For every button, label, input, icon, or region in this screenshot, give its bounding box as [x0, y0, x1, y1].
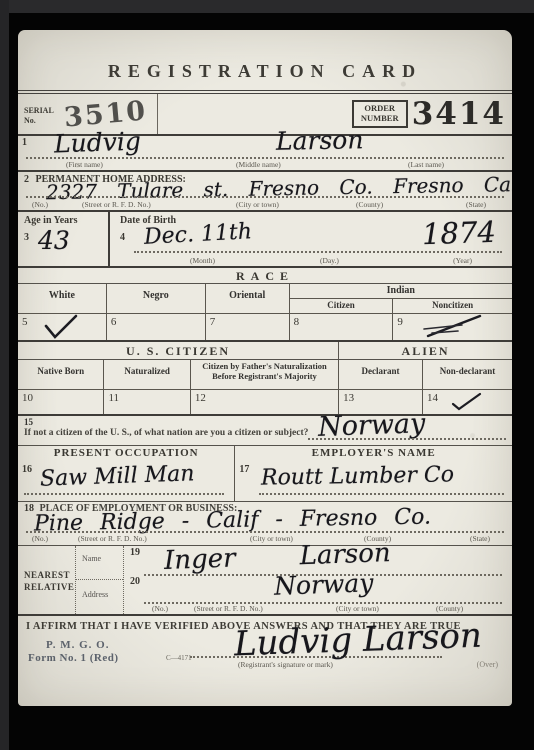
- employer-cell: 17 Routt Lumber Co: [235, 462, 512, 501]
- noncitizen-strike-icon: [418, 314, 488, 340]
- middle-name-label: (Middle name): [236, 160, 281, 169]
- relative-name-label: Name: [76, 546, 123, 580]
- citizen-box-10: 10: [18, 389, 104, 414]
- dob-month-label: (Month): [190, 256, 215, 265]
- relative-street-label: (Street or R. F. D. No.): [194, 604, 263, 613]
- name-baseline: [26, 157, 504, 159]
- line-number-17: 17: [239, 464, 249, 475]
- address-street-label: (Street or R. F. D. No.): [82, 200, 151, 209]
- address-baseline: [26, 196, 504, 198]
- name-row: 1 Ludvig Larson (First name) (Middle nam…: [18, 136, 512, 172]
- print-code: C—4171: [166, 654, 192, 662]
- relative-values: 19 Inger Larson 20 Norway (No.) (Street …: [124, 546, 512, 614]
- place-state-label: (State): [470, 534, 490, 543]
- place-baseline: [26, 531, 504, 533]
- col-non-declarant: Non-declarant: [423, 360, 512, 389]
- relative-county-label: (County): [436, 604, 463, 613]
- scan-frame-top: [0, 0, 534, 13]
- employer-handwriting: Routt Lumber Co: [261, 462, 454, 490]
- age-cell: Age in Years 3 43: [18, 212, 110, 266]
- line-number-3: 3: [24, 232, 29, 243]
- employer-baseline: [259, 493, 504, 495]
- white-checkmark-icon: [42, 314, 82, 340]
- citizen-box-12: 12: [191, 389, 339, 414]
- first-name-label: (First name): [66, 160, 103, 169]
- race-box-8: 8: [290, 313, 394, 340]
- dob-month-day-handwriting: Dec. 11th: [143, 219, 252, 250]
- nearest-relative-block: NEAREST RELATIVE Name Address 19 Inger L…: [18, 546, 512, 616]
- race-section-title: RACE: [18, 268, 512, 284]
- line-number-2: 2: [24, 174, 29, 185]
- dob-day-label: (Day.): [320, 256, 339, 265]
- col-naturalized: Naturalized: [104, 360, 190, 389]
- dob-cell: Date of Birth 4 Dec. 11th 1874 (Month) (…: [110, 212, 512, 266]
- race-col-indian-citizen: Citizen: [290, 299, 394, 313]
- card-header: REGISTRATION CARD: [18, 30, 512, 94]
- address-county-label: (County): [356, 200, 383, 209]
- relative-sublabels: Name Address: [76, 546, 124, 614]
- race-col-oriental: Oriental: [206, 284, 290, 313]
- dob-year-label: (Year): [453, 256, 472, 265]
- line-number-18: 18: [24, 503, 34, 514]
- occupation-employer-values: 16 Saw Mill Man 17 Routt Lumber Co: [18, 462, 512, 502]
- citizenship-header: U. S. CITIZEN ALIEN: [18, 342, 512, 360]
- address-state-label: (State): [466, 200, 486, 209]
- employer-header: EMPLOYER'S NAME: [235, 446, 512, 462]
- dob-baseline: [134, 251, 502, 253]
- nearest-relative-header: NEAREST RELATIVE: [18, 546, 76, 614]
- first-name-handwriting: Ludvig: [54, 126, 142, 158]
- col-declarant: Declarant: [339, 360, 423, 389]
- serial-number-label: SERIAL No.: [18, 103, 62, 125]
- citizen-box-11: 11: [104, 389, 190, 414]
- citizenship-table: Native Born Naturalized Citizen by Fathe…: [18, 360, 512, 416]
- registration-card: REGISTRATION CARD SERIAL No. 3510 ORDER …: [18, 30, 512, 706]
- line-number-19: 19: [130, 547, 140, 558]
- col-native-born: Native Born: [18, 360, 104, 389]
- occupation-employer-header: PRESENT OCCUPATION EMPLOYER'S NAME: [18, 446, 512, 462]
- race-box-6: 6: [107, 313, 206, 340]
- nation-question-label: If not a citizen of the U. S., of what n…: [24, 428, 308, 438]
- address-city-label: (City or town): [236, 200, 279, 209]
- nation-baseline: [308, 438, 506, 440]
- occupation-baseline: [24, 493, 224, 495]
- address-row: 2 PERMANENT HOME ADDRESS: 2327 Tulare st…: [18, 172, 512, 212]
- address-no-label: (No.): [32, 200, 48, 209]
- age-handwriting: 43: [38, 226, 70, 255]
- race-table: White Negro Oriental Indian Citizen Nonc…: [18, 284, 512, 342]
- scan-frame-left: [0, 0, 9, 750]
- line-number-15: 15: [24, 417, 33, 427]
- race-box-9: 9: [393, 313, 512, 340]
- last-name-handwriting: Larson: [276, 125, 364, 156]
- age-dob-row: Age in Years 3 43 Date of Birth 4 Dec. 1…: [18, 212, 512, 268]
- occupation-handwriting: Saw Mill Man: [40, 461, 195, 491]
- alien-header: ALIEN: [339, 342, 512, 359]
- race-box-7: 7: [206, 313, 290, 340]
- line-number-16: 16: [22, 464, 32, 475]
- pmgo-label: P. M. G. O.: [46, 639, 109, 651]
- race-box-5: 5: [18, 313, 107, 340]
- place-no-label: (No.): [32, 534, 48, 543]
- col-father-naturalization: Citizen by Father's Naturalization Befor…: [191, 360, 339, 389]
- race-col-indian: Indian: [290, 284, 512, 299]
- registrant-signature-handwriting: Ludvig Larson: [233, 616, 482, 665]
- relative-address-handwriting: Norway: [274, 568, 374, 600]
- over-label: (Over): [477, 660, 498, 669]
- place-street-label: (Street or R. F. D. No.): [78, 534, 147, 543]
- place-of-employment-row: 18 PLACE OF EMPLOYMENT OR BUSINESS: Pine…: [18, 502, 512, 546]
- order-number-value: 3414: [412, 96, 506, 132]
- citizen-box-14: 14: [423, 389, 512, 414]
- line-number-20: 20: [130, 576, 140, 587]
- card-title: REGISTRATION CARD: [18, 30, 512, 82]
- nation-question-row: 15 If not a citizen of the U. S., of wha…: [18, 416, 512, 446]
- line-number-4: 4: [120, 232, 125, 243]
- relative-address-label: Address: [76, 580, 123, 614]
- line-number-1: 1: [22, 137, 27, 148]
- last-name-label: (Last name): [408, 160, 444, 169]
- non-declarant-checkmark-icon: [450, 392, 484, 412]
- relative-no-label: (No.): [152, 604, 168, 613]
- age-label: Age in Years: [24, 215, 108, 226]
- occupation-header: PRESENT OCCUPATION: [18, 446, 235, 462]
- race-col-white: White: [18, 284, 107, 313]
- order-number-label: ORDER NUMBER: [352, 100, 408, 128]
- us-citizen-header: U. S. CITIZEN: [18, 342, 339, 359]
- relative-city-label: (City or town): [336, 604, 379, 613]
- race-col-indian-noncitizen: Noncitizen: [393, 299, 512, 313]
- form-number-label: Form No. 1 (Red): [28, 652, 118, 664]
- card-footer: P. M. G. O. Form No. 1 (Red) C—4171 Ludv…: [18, 636, 512, 682]
- dob-year-handwriting: 1874: [422, 215, 497, 252]
- race-col-negro: Negro: [107, 284, 206, 313]
- occupation-cell: 16 Saw Mill Man: [18, 462, 235, 501]
